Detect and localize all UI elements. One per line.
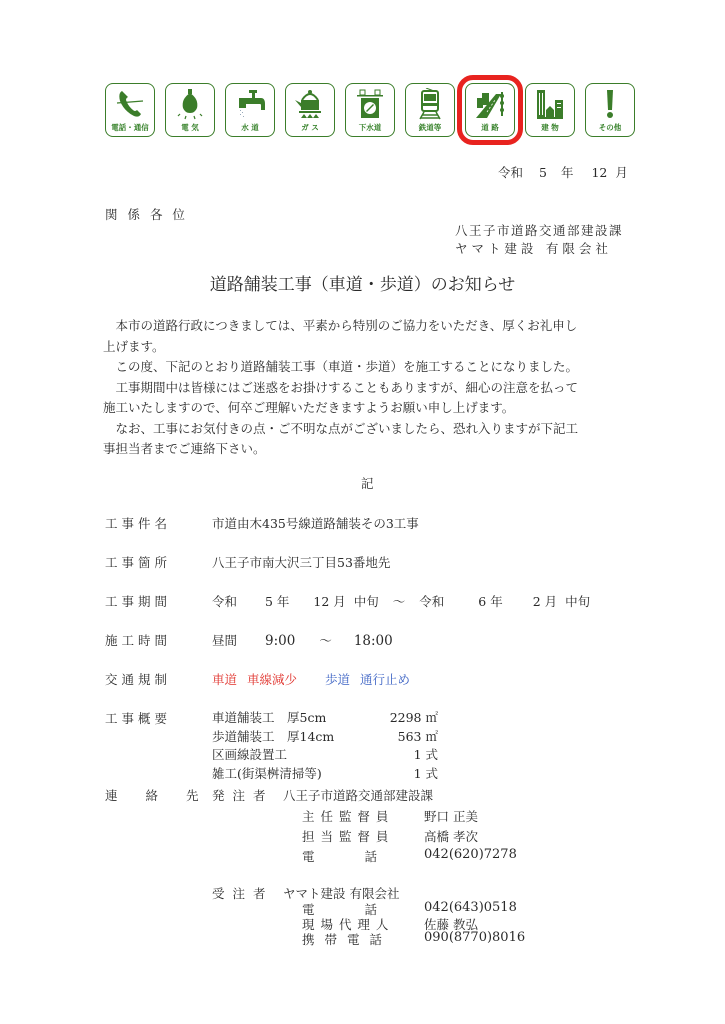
hours-value: 昼間 9:00 〜 18:00	[212, 631, 393, 649]
location-value: 八王子市南大沢三丁目53番地先	[212, 553, 390, 571]
overview-item-qty: 2298 ㎡	[390, 709, 438, 728]
sewer-icon	[353, 88, 387, 120]
project-name-label: 工事件名	[105, 514, 171, 532]
page-title: 道路舗装工事（車道・歩道）のお知らせ	[0, 270, 725, 295]
overview-item: 雑工(街渠桝清掃等)1 式	[212, 765, 438, 784]
train-icon	[413, 88, 447, 120]
contact-label: 連 絡 先	[105, 786, 210, 804]
overview-item: 区画線設置工1 式	[212, 746, 438, 765]
overview-item: 歩道舗装工 厚14cm563 ㎡	[212, 728, 438, 747]
orderer-role: 発 注 者	[212, 786, 267, 804]
category-phone: 電話・通信	[105, 83, 155, 137]
overview-item-qty: 1 式	[414, 746, 438, 765]
mobile-phone-label: 携 帯 電 話	[302, 930, 385, 948]
period-end-year: 6 年	[478, 594, 502, 609]
category-water: 水 道	[225, 83, 275, 137]
orderer-phone: 042(620)7278	[424, 847, 517, 862]
paragraph-1-line-1: 本市の道路行政につきましては、平素から特別のご協力をいただき、厚くお礼申し	[103, 316, 643, 337]
paragraph-3-line-2: 施工いたしますので、何卒ご理解いただきますようお願い申し上げます。	[103, 398, 643, 419]
traffic-sidewalk: 歩道	[325, 672, 350, 687]
body-text: 本市の道路行政につきましては、平素から特別のご協力をいただき、厚くお礼申し 上げ…	[103, 316, 643, 460]
ki-heading: 記	[361, 474, 374, 492]
kettle-gas-icon	[293, 88, 327, 120]
category-sewer: 下水道	[345, 83, 395, 137]
faucet-icon	[233, 88, 267, 120]
category-electric: 電 気	[165, 83, 215, 137]
contractor-role: 受 注 者	[212, 884, 267, 902]
category-road: 道 路	[465, 83, 515, 137]
issue-date: 令和 5 年 12 月	[498, 163, 628, 181]
period-separator: 〜	[393, 594, 406, 609]
mobile-phone: 090(8770)8016	[424, 930, 525, 945]
overview-item-name: 区画線設置工	[212, 746, 287, 765]
category-other: その他	[585, 83, 635, 137]
location-label: 工事箇所	[105, 553, 171, 571]
period-label: 工事期間	[105, 592, 171, 610]
paragraph-4-line-1: なお、工事にお気付きの点・ご不明な点がございましたら、恐れ入りますが下記工	[103, 419, 643, 440]
light-bulb-icon	[173, 88, 207, 120]
hours-period: 昼間	[212, 633, 237, 648]
paragraph-4-line-2: 事担当者までご連絡下さい。	[103, 439, 643, 460]
traffic-sidewalk-rule: 通行止め	[360, 672, 410, 687]
issuer-city-department: 八王子市道路交通部建設課	[455, 221, 623, 239]
period-start-era: 令和	[212, 594, 237, 609]
paragraph-2: この度、下記のとおり道路舗装工事（車道・歩道）を施工することになりました。	[103, 357, 643, 378]
issuer-contractor: ヤ マ ト 建 設 有 限 会 社	[455, 239, 608, 257]
category-icon-bar: 電話・通信 電 気 水 道 ガ ス 下水道 鉄道等 道 路 建 物 その他	[105, 83, 635, 139]
date-year: 5	[539, 165, 547, 180]
overview-item: 車道舗装工 厚5cm2298 ㎡	[212, 709, 438, 728]
overview-label: 工事概要	[105, 709, 171, 727]
orderer-supervisor-label: 担 当 監 督 員	[302, 827, 389, 845]
orderer-phone-label: 電 話	[302, 847, 377, 865]
period-start-part: 中旬	[354, 594, 379, 609]
orderer-supervisor-name: 高橋 孝次	[424, 827, 478, 845]
overview-item-name: 車道舗装工 厚5cm	[212, 709, 326, 728]
addressee: 関 係 各 位	[105, 205, 188, 223]
period-end-part: 中旬	[565, 594, 590, 609]
hours-start: 9:00	[265, 633, 295, 649]
hours-end: 18:00	[354, 633, 393, 649]
date-era: 令和	[498, 165, 523, 180]
period-end-era: 令和	[419, 594, 444, 609]
hours-label: 施工時間	[105, 631, 171, 649]
building-icon	[533, 88, 567, 120]
period-start-year: 5 年	[265, 594, 289, 609]
date-month: 12	[591, 165, 607, 180]
category-gas: ガ ス	[285, 83, 335, 137]
orderer-chief-supervisor-name: 野口 正美	[424, 807, 478, 825]
period-value: 令和 5 年 12 月 中旬 〜 令和 6 年 2 月 中旬	[212, 592, 590, 610]
overview-item-qty: 563 ㎡	[398, 728, 438, 747]
exclamation-icon	[593, 88, 627, 120]
overview-item-qty: 1 式	[414, 765, 438, 784]
traffic-value: 車道 車線減少 歩道 通行止め	[212, 670, 410, 688]
traffic-road-rule: 車線減少	[247, 672, 297, 687]
project-name-value: 市道由木435号線道路舗装その3工事	[212, 514, 419, 532]
overview-list: 車道舗装工 厚5cm2298 ㎡ 歩道舗装工 厚14cm563 ㎡ 区画線設置工…	[212, 709, 438, 783]
hours-separator: 〜	[319, 633, 332, 648]
paragraph-3-line-1: 工事期間中は皆様にはご迷惑をお掛けすることもありますが、細心の注意を払って	[103, 378, 643, 399]
orderer-chief-supervisor-label: 主 任 監 督 員	[302, 807, 389, 825]
road-icon	[473, 88, 507, 120]
overview-item-name: 雑工(街渠桝清掃等)	[212, 765, 322, 784]
phone-icon	[113, 88, 147, 120]
category-building: 建 物	[525, 83, 575, 137]
paragraph-1-line-2: 上げます。	[103, 337, 643, 358]
period-end-month: 2 月	[533, 594, 557, 609]
date-month-unit: 月	[615, 165, 628, 180]
date-year-unit: 年	[561, 165, 574, 180]
contractor-phone: 042(643)0518	[424, 900, 517, 915]
overview-item-name: 歩道舗装工 厚14cm	[212, 728, 334, 747]
traffic-label: 交通規制	[105, 670, 171, 688]
period-start-month: 12 月	[313, 594, 345, 609]
traffic-road: 車道	[212, 672, 237, 687]
category-railway: 鉄道等	[405, 83, 455, 137]
orderer-org: 八王子市道路交通部建設課	[283, 786, 433, 804]
